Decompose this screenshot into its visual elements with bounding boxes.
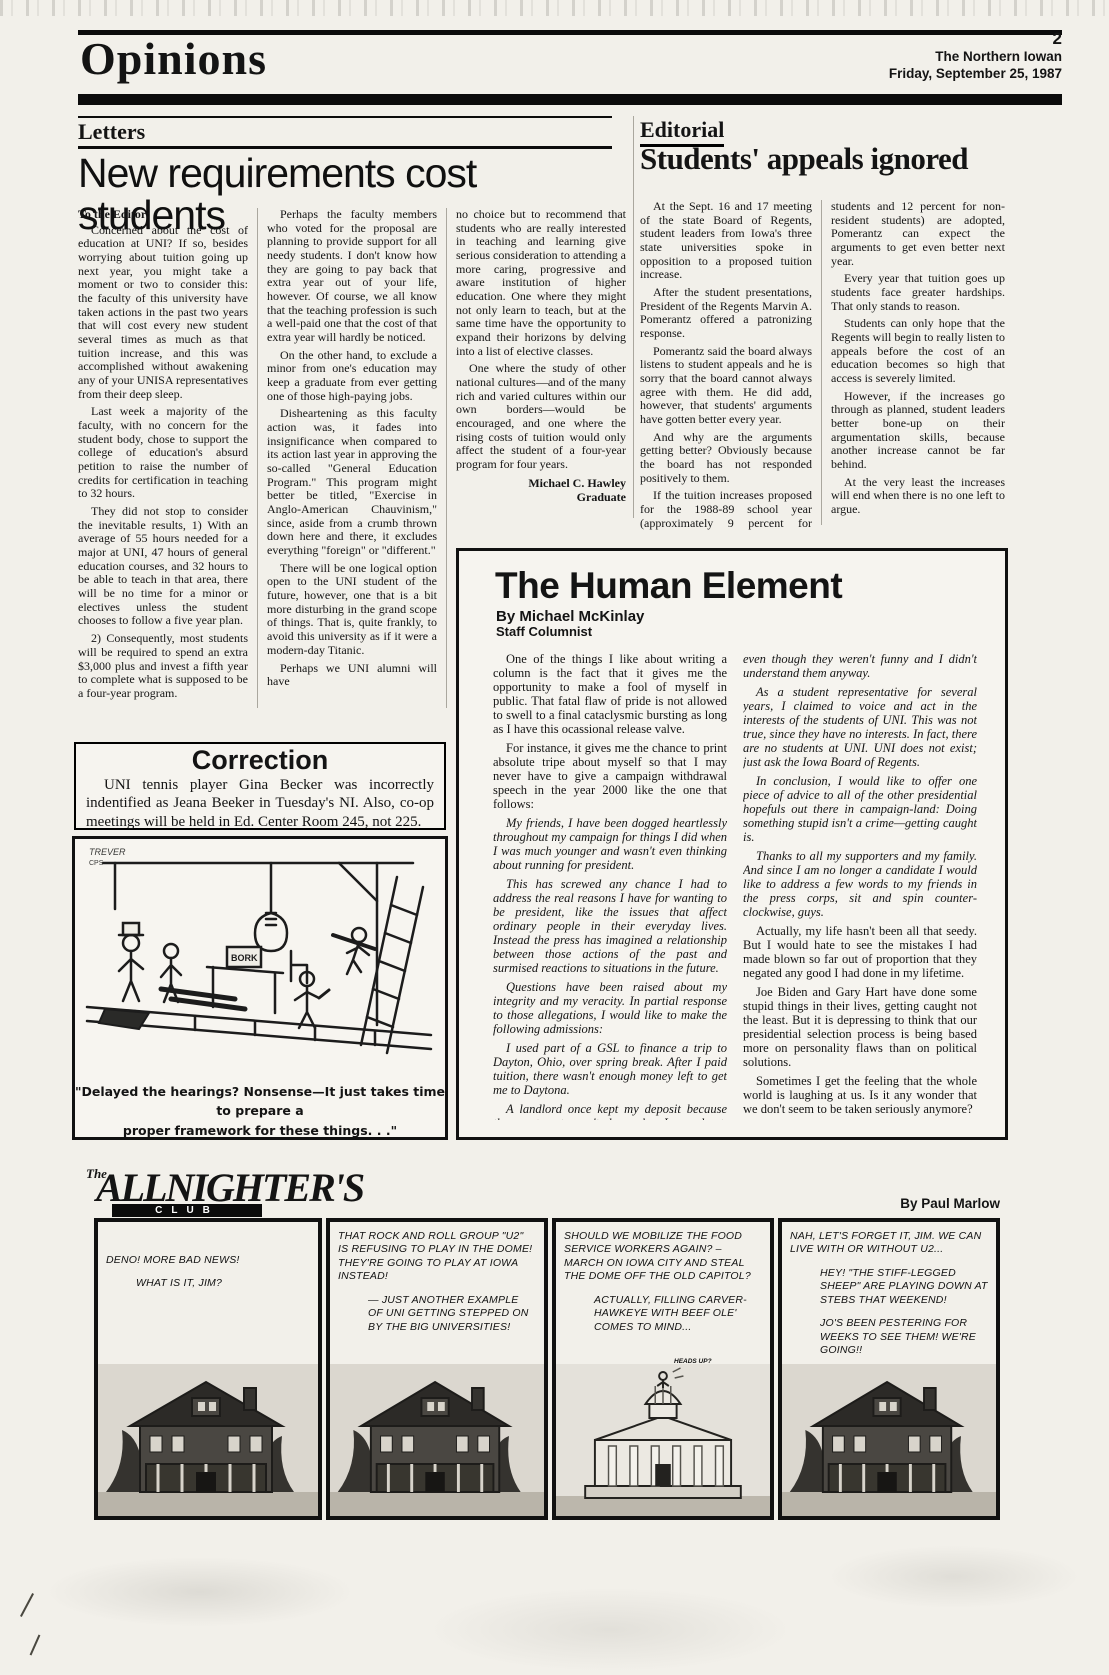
column-paragraph: Thanks to all my supporters and my famil… — [743, 849, 977, 919]
comic-panel-4: NAH, LET'S FORGET IT, JIM. WE CAN LIVE W… — [778, 1218, 1000, 1520]
letter-paragraph: Concerned about the cost of education at… — [78, 224, 248, 402]
column-paragraph: My friends, I have been dogged heartless… — [493, 816, 727, 872]
column-rule — [446, 208, 447, 708]
letter-signature: Michael C. Hawley Graduate — [456, 476, 626, 505]
correction-box: Correction UNI tennis player Gina Becker… — [74, 742, 446, 830]
letter-paragraph: Last week a majority of the faculty, wit… — [78, 405, 248, 501]
publication-date: Friday, September 25, 1987 — [640, 66, 1062, 82]
letter-paragraph: They did not stop to consider the inevit… — [78, 505, 248, 628]
section-divider-rule — [633, 116, 634, 518]
editorial-column-2: students and 12 percent for non-resident… — [831, 200, 1005, 530]
column-rule — [821, 200, 822, 525]
column-paragraph: For instance, it gives me the chance to … — [493, 741, 727, 811]
page-number: 2 — [640, 30, 1062, 49]
cartoonist-credit: TREVER — [89, 847, 126, 857]
cartoon-caption: "Delayed the hearings? Nonsense—It just … — [75, 1082, 445, 1140]
comic-panel-1: DENO! MORE BAD NEWS!WHAT IS IT, JIM? — [94, 1218, 322, 1520]
speech-balloon: THAT ROCK AND ROLL GROUP "U2" IS REFUSIN… — [338, 1230, 536, 1284]
editorial-columns: At the Sept. 16 and 17 meeting of the st… — [640, 200, 1008, 535]
letter-paragraph: On the other hand, to exclude a minor fr… — [267, 349, 437, 404]
comic-logo-club-banner: CLUB — [112, 1204, 262, 1217]
panel-3-balloons: SHOULD WE MOBILIZE THE FOOD SERVICE WORK… — [556, 1222, 770, 1334]
column-byline-title: Staff Columnist — [496, 625, 1005, 640]
speech-balloon: NAH, LET'S FORGET IT, JIM. WE CAN LIVE W… — [790, 1230, 988, 1257]
letter-col2-text: Perhaps the faculty members who voted fo… — [267, 208, 437, 689]
house-illustration — [782, 1364, 996, 1516]
column-paragraph: This has screwed any chance I had to add… — [493, 877, 727, 975]
letter-paragraph: Disheartening as this faculty action was… — [267, 407, 437, 557]
editorial-paragraph: students and 12 percent for non-resident… — [831, 200, 1005, 268]
panel-4-balloons: NAH, LET'S FORGET IT, JIM. WE CAN LIVE W… — [782, 1222, 996, 1358]
letter-paragraph: Perhaps we UNI alumni will have — [267, 662, 437, 689]
editorial-paragraph: At the Sept. 16 and 17 meeting of the st… — [640, 200, 812, 282]
human-column-2: even though they weren't funny and I did… — [743, 652, 977, 1120]
letters-rule-top — [78, 116, 612, 118]
editorial-paragraph: If the tuition increases proposed for th… — [640, 489, 812, 530]
letter-signature-title: Graduate — [456, 490, 626, 504]
speech-balloon: DENO! MORE BAD NEWS! — [106, 1254, 310, 1267]
letter-paragraph: There will be one logical option open to… — [267, 562, 437, 658]
old-capitol-illustration — [556, 1364, 770, 1516]
letter-signature-name: Michael C. Hawley — [456, 476, 626, 490]
editorial-cartoon: BORK TREVER CPS "Delayed the hearings? N… — [72, 836, 448, 1140]
column-paragraph: even though they weren't funny and I did… — [743, 652, 977, 680]
editorial-paragraph: At the very least the increases will end… — [831, 476, 1005, 517]
column-byline: By Michael McKinlay — [496, 608, 1005, 625]
human-element-columns: One of the things I like about writing a… — [493, 652, 979, 1120]
scan-noise-bottom — [0, 1524, 1109, 1675]
speech-balloon: — JUST ANOTHER EXAMPLE OF UNI GETTING ST… — [338, 1294, 536, 1334]
speech-balloon: WHAT IS IT, JIM? — [106, 1277, 310, 1290]
column-paragraph: Actually, my life hasn't been all that s… — [743, 924, 977, 980]
bork-book-label: BORK — [231, 953, 258, 963]
column-gutter — [727, 652, 743, 1120]
human-col2-text: even though they weren't funny and I did… — [743, 652, 977, 1120]
editorial-col1-text: At the Sept. 16 and 17 meeting of the st… — [640, 200, 812, 530]
human-column-1: One of the things I like about writing a… — [493, 652, 727, 1120]
editorial-col2-text: students and 12 percent for non-resident… — [831, 200, 1005, 517]
column-paragraph: In conclusion, I would like to offer one… — [743, 774, 977, 844]
column-paragraph: I used part of a GSL to finance a trip t… — [493, 1041, 727, 1097]
cartoon-caption-line2: proper framework for these things. . ." — [75, 1121, 445, 1140]
correction-text: UNI tennis player Gina Becker was incorr… — [76, 774, 444, 831]
letter-salutation: To the Editor: — [78, 208, 248, 222]
editorial-paragraph: And why are the arguments getting better… — [640, 431, 812, 486]
comic-panel-2: THAT ROCK AND ROLL GROUP "U2" IS REFUSIN… — [326, 1218, 548, 1520]
column-paragraph: Sometimes I get the feeling that the who… — [743, 1074, 977, 1116]
syndicate-credit: CPS — [89, 860, 104, 867]
letters-column-2: Perhaps the faculty members who voted fo… — [267, 208, 437, 718]
comic-byline: By Paul Marlow — [700, 1196, 1000, 1211]
comic-logo-title: ALLNIGHTER'S — [96, 1168, 363, 1208]
editorial-paragraph: Pomerantz said the board always listens … — [640, 345, 812, 427]
column-paragraph: As a student representative for several … — [743, 685, 977, 769]
gallows-cartoon-illustration: BORK TREVER CPS — [75, 839, 445, 1075]
comic-panel-3: SHOULD WE MOBILIZE THE FOOD SERVICE WORK… — [552, 1218, 774, 1520]
letter-paragraph: One where the study of other national cu… — [456, 362, 626, 471]
editorial-paragraph: However, if the increases go through as … — [831, 390, 1005, 472]
column-paragraph: Questions have been raised about my inte… — [493, 980, 727, 1036]
column-paragraph: A landlord once kept my deposit because … — [493, 1102, 727, 1120]
newspaper-page: { "masthead": { "section": "Opinions", "… — [0, 0, 1109, 1675]
section-title: Opinions — [80, 36, 267, 82]
masthead-rule-bottom — [78, 94, 1062, 105]
human-element-column: The Human Element By Michael McKinlay St… — [456, 548, 1008, 1140]
column-rule — [257, 208, 258, 708]
editorial-paragraph: Every year that tuition goes up students… — [831, 272, 1005, 313]
editorial-headline: Students' appeals ignored — [640, 143, 1008, 174]
speech-balloon: ACTUALLY, FILLING CARVER-HAWKEYE WITH BE… — [564, 1294, 762, 1334]
letter-col1-text: Concerned about the cost of education at… — [78, 224, 248, 701]
letter-paragraph: 2) Consequently, most students will be r… — [78, 632, 248, 700]
cartoon-caption-line1: "Delayed the hearings? Nonsense—It just … — [75, 1082, 445, 1121]
letter-paragraph: Perhaps the faculty members who voted fo… — [267, 208, 437, 345]
masthead-info: 2 The Northern Iowan Friday, September 2… — [640, 30, 1062, 82]
column-paragraph: One of the things I like about writing a… — [493, 652, 727, 736]
house-illustration — [98, 1364, 318, 1516]
speech-balloon: HEY! "THE STIFF-LEGGED SHEEP" ARE PLAYIN… — [790, 1267, 988, 1307]
human-col1-text: One of the things I like about writing a… — [493, 652, 727, 1120]
speech-balloon: SHOULD WE MOBILIZE THE FOOD SERVICE WORK… — [564, 1230, 762, 1284]
panel-2-balloons: THAT ROCK AND ROLL GROUP "U2" IS REFUSIN… — [330, 1222, 544, 1334]
letter-col3-text: no choice but to recommend that students… — [456, 208, 626, 472]
column-title: The Human Element — [495, 567, 1005, 604]
scan-noise-top — [0, 0, 1109, 16]
correction-title: Correction — [76, 747, 444, 774]
house-illustration — [330, 1364, 544, 1516]
editorial-paragraph: Students can only hope that the Regents … — [831, 317, 1005, 385]
comic-logo: The ALLNIGHTER'S CLUB — [86, 1164, 386, 1220]
editorial-column-1: At the Sept. 16 and 17 meeting of the st… — [640, 200, 812, 530]
panel-1-balloons: DENO! MORE BAD NEWS!WHAT IS IT, JIM? — [98, 1222, 318, 1291]
speech-balloon: JO'S BEEN PESTERING FOR WEEKS TO SEE THE… — [790, 1317, 988, 1357]
editorial-paragraph: After the student presentations, Preside… — [640, 286, 812, 341]
letters-rule-bottom — [78, 146, 612, 149]
publication-name: The Northern Iowan — [640, 49, 1062, 66]
letter-paragraph: no choice but to recommend that students… — [456, 208, 626, 358]
letters-column-1: To the Editor: Concerned about the cost … — [78, 208, 248, 718]
letters-kicker: Letters — [78, 121, 145, 143]
column-paragraph: Joe Biden and Gary Hart have done some s… — [743, 985, 977, 1069]
